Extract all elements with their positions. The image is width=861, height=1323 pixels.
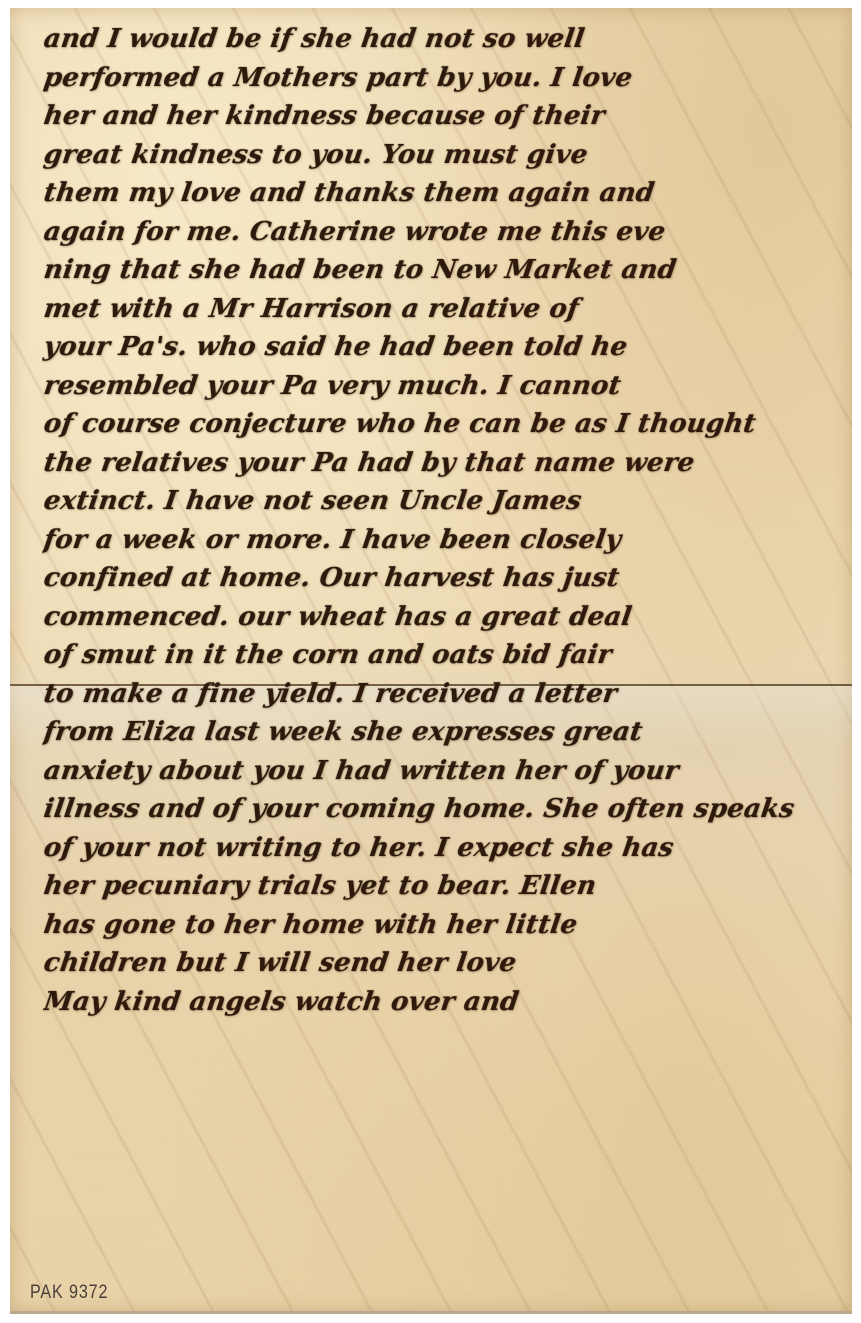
text-line: great kindness to you. You must give	[41, 136, 846, 175]
catalog-number: PAK 9372	[30, 1282, 108, 1304]
text-line: of your not writing to her. I expect she…	[41, 829, 846, 868]
text-line: to make a fine yield. I received a lette…	[41, 675, 846, 714]
text-line: illness and of your coming home. She oft…	[41, 790, 846, 829]
text-line: commenced. our wheat has a great deal	[41, 598, 846, 637]
text-line: May kind angels watch over and	[41, 983, 846, 1022]
text-line: resembled your Pa very much. I cannot	[41, 367, 846, 406]
text-line: your Pa's. who said he had been told he	[41, 328, 846, 367]
text-line: confined at home. Our harvest has just	[41, 559, 846, 598]
text-line: her and her kindness because of their	[41, 97, 846, 136]
text-line: her pecuniary trials yet to bear. Ellen	[41, 867, 846, 906]
handwritten-text-block: and I would be if she had not so well pe…	[44, 20, 844, 1021]
text-line: and I would be if she had not so well	[41, 20, 846, 59]
text-line: anxiety about you I had written her of y…	[41, 752, 846, 791]
text-line: has gone to her home with her little	[41, 906, 846, 945]
text-line: of smut in it the corn and oats bid fair	[41, 636, 846, 675]
text-line: of course conjecture who he can be as I …	[41, 405, 846, 444]
text-line: for a week or more. I have been closely	[41, 521, 846, 560]
text-line: performed a Mothers part by you. I love	[41, 59, 846, 98]
text-line: the relatives your Pa had by that name w…	[41, 444, 846, 483]
text-line: again for me. Catherine wrote me this ev…	[41, 213, 846, 252]
text-line: met with a Mr Harrison a relative of	[41, 290, 846, 329]
text-line: extinct. I have not seen Uncle James	[41, 482, 846, 521]
text-line: them my love and thanks them again and	[41, 174, 846, 213]
letter-page: and I would be if she had not so well pe…	[10, 8, 852, 1313]
page-bottom-edge	[10, 1311, 852, 1314]
text-line: children but I will send her love	[41, 944, 846, 983]
text-line: ning that she had been to New Market and	[41, 251, 846, 290]
text-line: from Eliza last week she expresses great	[41, 713, 846, 752]
